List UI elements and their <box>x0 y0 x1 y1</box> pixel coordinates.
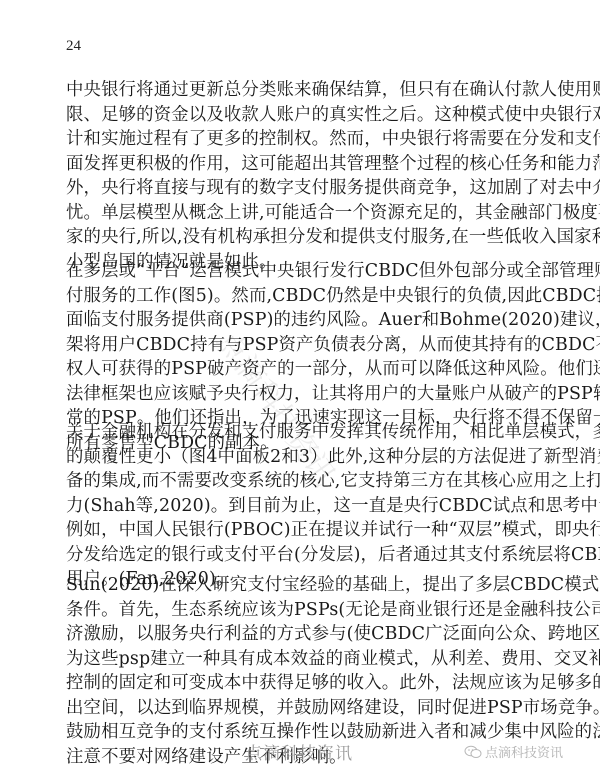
text-line: 限、足够的资金以及收款人账户的真实性之后。这种模式使中央银行对产品设 <box>66 103 556 128</box>
text-line: 计和实施过程有了更多的控制权。然而，中央银行将需要在分发和支付服务方 <box>66 127 556 152</box>
text-line: 济激励，以服务央行利益的方式参与(使CBDC广泛面向公众、跨地区等)。应该 <box>66 622 556 647</box>
wechat-icon <box>464 745 482 759</box>
footer-watermark-center: 点滴科技资讯 <box>245 739 353 764</box>
text-line: 面临支付服务提供商(PSP)的违约风险。Auer和Bohme(2020)建议，通… <box>66 308 556 333</box>
text-line: 分发给选定的银行或支付平台(分发层)，后者通过其支付系统层将CBDC分发给 <box>66 543 556 568</box>
text-line: 出空间，以达到临界规模，并鼓励网络建设，同时促进PSP市场竞争。例如， <box>66 696 556 721</box>
text-line: 例如，中国人民银行(PBOC)正在提议并试行一种“双层”模式，即央行将CBDC <box>66 518 556 543</box>
text-line: 架将用户CBDC持有与PSP资产负债表分离，从而使其持有的CBDC不被视为债 <box>66 333 556 358</box>
text-line: 权人可获得的PSP破产资产的一部分，从而可以降低这种风险。他们还建议， <box>66 357 556 382</box>
footer-watermark-right: 点滴科技资讯 <box>464 742 563 761</box>
text-line: 付服务的工作(图5)。然而,CBDC仍然是中央银行的负债,因此CBDC持有者不会 <box>66 284 556 309</box>
footer-watermark-right-text: 点滴科技资讯 <box>485 742 563 761</box>
text-line: 力(Shah等,2020)。到目前为止，这一直是央行CBDC试点和思考中青睐的模… <box>66 494 556 519</box>
text-line: 家的央行,所以,没有机构承担分发和提供支付服务,在一些低收入国家和太平洋 <box>66 225 556 250</box>
page-number: 24 <box>66 38 81 55</box>
text-line: 控制的固定和可变成本中获得足够的收入。此外，法规应该为足够多的用户留 <box>66 671 556 696</box>
text-line: 为这些psp建立一种具有成本效益的商业模式，从利差、费用、交叉补贴以及可 <box>66 647 556 672</box>
text-line: 法律框架也应该赋予央行权力，让其将用户的大量账户从破产的PSP转换为正 <box>66 382 556 407</box>
text-line: Sun(2020)在深入研究支付宝经验的基础上，提出了多层CBDC模式成功的前提 <box>66 573 556 598</box>
text-line: 条件。首先，生态系统应该为PSPs(无论是商业银行还是金融科技公司)创造经 <box>66 598 556 623</box>
text-line: 中央银行将通过更新总分类账来确保结算，但只有在确认付款人使用账户的权 <box>66 78 556 103</box>
paragraph-1: 中央银行将通过更新总分类账来确保结算，但只有在确认付款人使用账户的权 限、足够的… <box>66 78 556 274</box>
text-line: 外，央行将直接与现有的数字支付服务提供商竞争，这加剧了对去中介化的担 <box>66 176 556 201</box>
text-line: 面发挥更积极的作用，这可能超出其管理整个过程的核心任务和能力范围。此 <box>66 152 556 177</box>
text-line: 在多层或“平台”运营模式中央银行发行CBDC但外包部分或全部管理账户和支 <box>66 259 556 284</box>
text-line: 忧。单层模型从概念上讲,可能适合一个资源充足的，其金融部门极度不发达国 <box>66 201 556 226</box>
